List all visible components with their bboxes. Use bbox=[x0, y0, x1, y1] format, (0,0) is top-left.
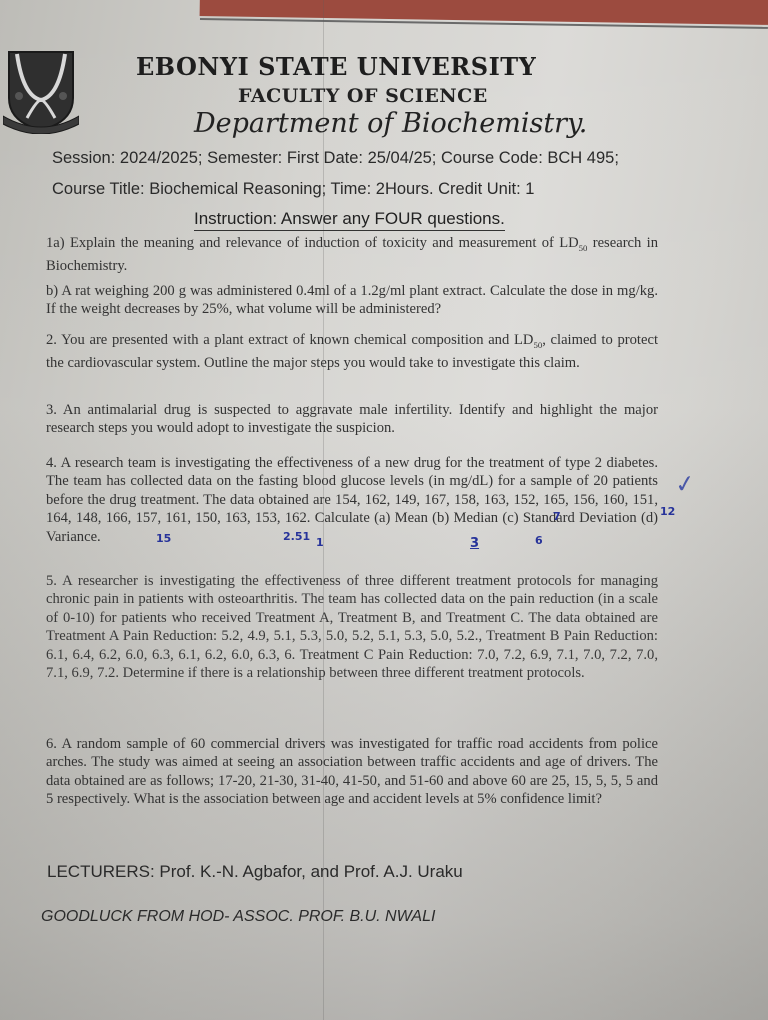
time-label: Time: bbox=[331, 180, 372, 198]
credit-value: 1 bbox=[525, 180, 534, 198]
instruction: Instruction: Answer any FOUR questions. bbox=[194, 209, 505, 231]
question-1b: b) A rat weighing 200 g was administered… bbox=[46, 282, 658, 319]
exam-meta-line-1: Session: 2024/2025; Semester: First Date… bbox=[52, 149, 619, 168]
lecturers-label: LECTURERS: bbox=[47, 862, 155, 881]
subscript: 50 bbox=[533, 340, 542, 350]
question-4: 4. A research team is investigating the … bbox=[46, 454, 658, 546]
handwritten-mark: 3 bbox=[470, 536, 479, 551]
department-name: Department of Biochemistry. bbox=[194, 108, 587, 139]
session-label: Session: bbox=[52, 149, 115, 167]
course-code-label: Course Code: bbox=[441, 149, 543, 167]
lecturers: LECTURERS: Prof. K.-N. Agbafor, and Prof… bbox=[47, 862, 463, 882]
question-2: 2. You are presented with a plant extrac… bbox=[46, 331, 658, 373]
faculty-name: FACULTY OF SCIENCE bbox=[238, 85, 488, 107]
checkmark-icon: ✓ bbox=[673, 469, 697, 500]
semester-label: Semester: bbox=[207, 149, 282, 167]
handwritten-mark: 2.51 bbox=[283, 530, 310, 543]
question-5: 5. A researcher is investigating the eff… bbox=[46, 572, 658, 682]
question-3: 3. An antimalarial drug is suspected to … bbox=[46, 401, 658, 438]
handwritten-mark: 12 bbox=[660, 505, 675, 518]
course-title-label: Course Title: bbox=[52, 180, 145, 198]
semester-value: First bbox=[287, 149, 319, 167]
question-6: 6. A random sample of 60 commercial driv… bbox=[46, 735, 658, 809]
credit-label: Credit Unit: bbox=[438, 180, 521, 198]
session-value: 2024/2025; bbox=[120, 149, 203, 167]
university-crest-icon bbox=[3, 48, 79, 134]
date-value: 25/04/25; bbox=[368, 149, 437, 167]
handwritten-mark: 15 bbox=[156, 532, 171, 545]
question-text: 2. You are presented with a plant extrac… bbox=[46, 332, 533, 348]
handwritten-mark: 7 bbox=[553, 510, 561, 523]
question-1a: 1a) Explain the meaning and relevance of… bbox=[46, 234, 658, 276]
university-name: EBONYI STATE UNIVERSITY bbox=[136, 52, 536, 81]
course-title-value: Biochemical Reasoning; bbox=[149, 180, 326, 198]
date-label: Date: bbox=[324, 149, 363, 167]
goodluck-message: GOODLUCK FROM HOD- ASSOC. PROF. B.U. NWA… bbox=[41, 908, 435, 926]
question-text: 1a) Explain the meaning and relevance of… bbox=[46, 235, 579, 251]
handwritten-mark: 1 bbox=[316, 536, 324, 549]
time-value: 2Hours. bbox=[376, 180, 434, 198]
course-code-value: BCH 495; bbox=[547, 149, 619, 167]
handwritten-mark: 6 bbox=[535, 534, 543, 547]
exam-meta-line-2: Course Title: Biochemical Reasoning; Tim… bbox=[52, 180, 534, 199]
lecturers-names: Prof. K.-N. Agbafor, and Prof. A.J. Urak… bbox=[159, 862, 462, 881]
